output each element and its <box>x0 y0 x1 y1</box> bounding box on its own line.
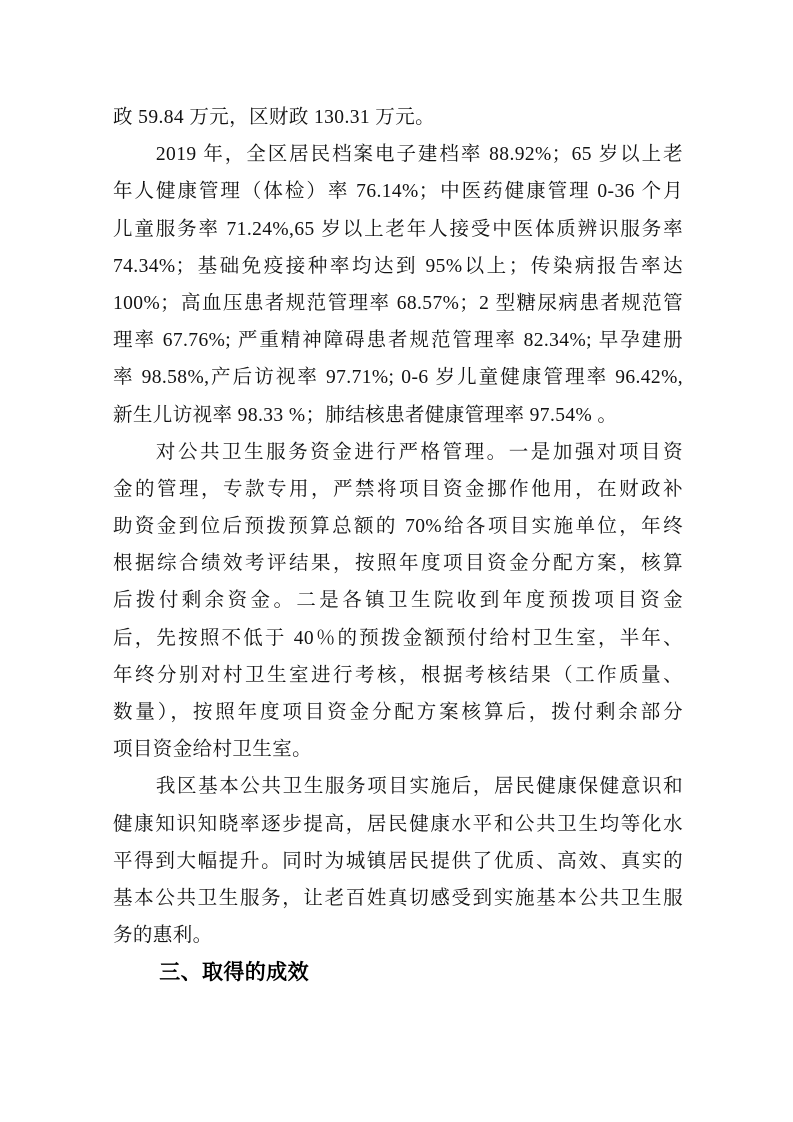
body-paragraph: 对公共卫生服务资金进行严格管理。一是加强对项目资金的管理，专款专用，严禁将项目资… <box>113 434 683 769</box>
section-heading: 三、取得的成效 <box>113 954 683 991</box>
paragraph-line: 金的管理，专款专用，严禁将项目资金挪作他用，在财政补 <box>113 471 683 508</box>
paragraph-line: 理率 67.76%; 严重精神障碍患者规范管理率 82.34%; 早孕建册 <box>113 322 683 359</box>
paragraph-line: 100%；高血压患者规范管理率 68.57%；2 型糖尿病患者规范管 <box>113 285 683 322</box>
paragraph-line: 年人健康管理（体检）率 76.14%；中医药健康管理 0-36 个月 <box>113 173 683 210</box>
paragraph-line: 务的惠利。 <box>113 917 683 954</box>
paragraph-line: 年终分别对村卫生室进行考核，根据考核结果（工作质量、 <box>113 657 683 694</box>
paragraph-line: 新生儿访视率 98.33 %；肺结核患者健康管理率 97.54% 。 <box>113 397 683 434</box>
paragraph-line: 助资金到位后预拨预算总额的 70%给各项目实施单位，年终 <box>113 508 683 545</box>
paragraph-line: 74.34%；基础免疫接种率均达到 95%以上；传染病报告率达 <box>113 248 683 285</box>
body-paragraph: 2019 年，全区居民档案电子建档率 88.92%；65 岁以上老年人健康管理（… <box>113 136 683 434</box>
body-paragraph: 政 59.84 万元，区财政 130.31 万元。 <box>113 99 683 136</box>
paragraph-line: 我区基本公共卫生服务项目实施后，居民健康保健意识和 <box>113 768 683 805</box>
paragraph-line: 健康知识知晓率逐步提高，居民健康水平和公共卫生均等化水 <box>113 806 683 843</box>
paragraph-line: 后拨付剩余资金。二是各镇卫生院收到年度预拨项目资金 <box>113 582 683 619</box>
paragraph-line: 根据综合绩效考评结果，按照年度项目资金分配方案，核算 <box>113 545 683 582</box>
document-page: 政 59.84 万元，区财政 130.31 万元。2019 年，全区居民档案电子… <box>0 0 793 1122</box>
paragraph-line: 2019 年，全区居民档案电子建档率 88.92%；65 岁以上老 <box>113 136 683 173</box>
paragraph-line: 政 59.84 万元，区财政 130.31 万元。 <box>113 99 683 136</box>
body-paragraph: 我区基本公共卫生服务项目实施后，居民健康保健意识和健康知识知晓率逐步提高，居民健… <box>113 768 683 954</box>
paragraph-line: 率 98.58%,产后访视率 97.71%; 0-6 岁儿童健康管理率 96.4… <box>113 359 683 396</box>
paragraph-line: 平得到大幅提升。同时为城镇居民提供了优质、高效、真实的 <box>113 843 683 880</box>
paragraph-line: 儿童服务率 71.24%,65 岁以上老年人接受中医体质辨识服务率 <box>113 211 683 248</box>
paragraph-line: 后，先按照不低于 40％的预拨金额预付给村卫生室，半年、 <box>113 620 683 657</box>
paragraph-line: 数量），按照年度项目资金分配方案核算后，拨付剩余部分 <box>113 694 683 731</box>
section-heading-paragraph: 三、取得的成效 <box>113 954 683 991</box>
paragraph-line: 对公共卫生服务资金进行严格管理。一是加强对项目资 <box>113 434 683 471</box>
paragraph-line: 基本公共卫生服务，让老百姓真切感受到实施基本公共卫生服 <box>113 880 683 917</box>
paragraph-line: 项目资金给村卫生室。 <box>113 731 683 768</box>
text-block: 政 59.84 万元，区财政 130.31 万元。2019 年，全区居民档案电子… <box>113 99 683 992</box>
